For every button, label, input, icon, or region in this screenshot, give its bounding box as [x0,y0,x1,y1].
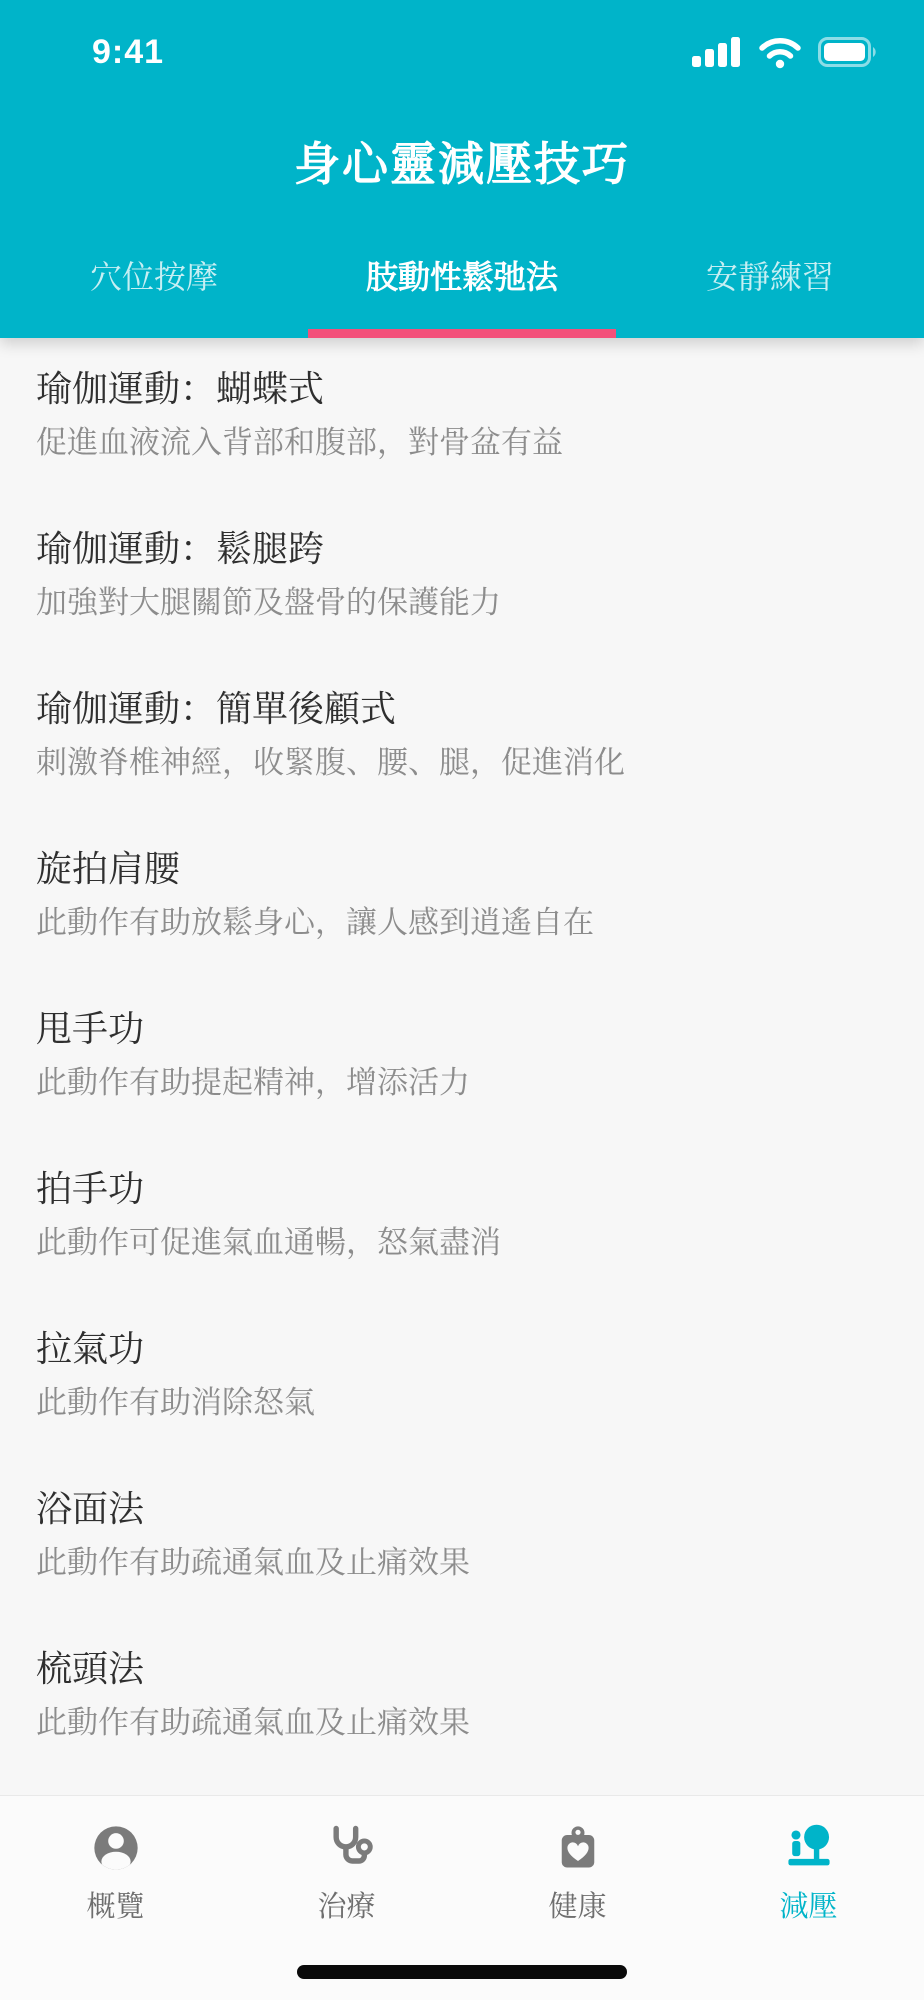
item-title: 梳頭法 [36,1645,888,1692]
item-description: 促進血液流入背部和腹部，對骨盆有益 [36,422,888,464]
tab-quiet-practice[interactable]: 安靜練習 [616,242,924,338]
item-description: 此動作有助消除怒氣 [36,1382,888,1424]
list-item[interactable]: 瑜伽運動：簡單後顧式 刺激脊椎神經，收緊腹、腰、腿，促進消化 [36,685,888,784]
list-item[interactable]: 瑜伽運動：蝴蝶式 促進血液流入背部和腹部，對骨盆有益 [36,365,888,464]
tab-dynamic-relaxation[interactable]: 肢動性鬆弛法 [308,242,616,338]
item-description: 此動作有助疏通氣血及止痛效果 [36,1542,888,1584]
list-item[interactable]: 梳頭法 此動作有助疏通氣血及止痛效果 [36,1645,888,1744]
active-tab-underline [308,329,616,338]
nav-item-overview[interactable]: 概覽 [0,1822,231,2000]
stethoscope-icon [321,1822,373,1874]
status-time: 9:41 [92,33,164,72]
list-item[interactable]: 拉氣功 此動作有助消除怒氣 [36,1325,888,1424]
nav-label: 減壓 [779,1884,837,1925]
item-title: 浴面法 [36,1485,888,1532]
page-title: 身心靈減壓技巧 [0,128,924,194]
person-tree-park-icon [783,1822,835,1874]
item-title: 瑜伽運動：鬆腿跨 [36,525,888,572]
cellular-signal-icon [690,35,742,69]
list-item[interactable]: 浴面法 此動作有助疏通氣血及止痛效果 [36,1485,888,1584]
item-description: 此動作有助放鬆身心，讓人感到逍遙自在 [36,902,888,944]
list-item[interactable]: 瑜伽運動：鬆腿跨 加強對大腿關節及盤骨的保護能力 [36,525,888,624]
item-description: 刺激脊椎神經，收緊腹、腰、腿，促進消化 [36,742,888,784]
item-description: 此動作有助疏通氣血及止痛效果 [36,1702,888,1744]
tab-label: 肢動性鬆弛法 [366,252,558,298]
app-header: 9:41 [0,0,924,338]
person-avatar-icon [90,1822,142,1874]
bottom-tab-bar: 概覽 治療 健康 [0,1795,924,2000]
status-icons [690,35,880,69]
list-item[interactable]: 甩手功 此動作有助提起精神，增添活力 [36,1005,888,1104]
item-title: 旋拍肩腰 [36,845,888,892]
item-description: 此動作可促進氣血通暢，怒氣盡消 [36,1222,888,1264]
status-bar: 9:41 [0,0,924,90]
segment-tabs: 穴位按摩 肢動性鬆弛法 安靜練習 [0,242,924,338]
nav-label: 概覽 [86,1884,144,1925]
item-title: 拍手功 [36,1165,888,1212]
battery-icon [818,37,880,67]
nav-label: 健康 [548,1884,606,1925]
app-screen: 9:41 [0,0,924,2000]
wifi-icon [756,35,804,69]
item-description: 此動作有助提起精神，增添活力 [36,1062,888,1104]
item-title: 拉氣功 [36,1325,888,1372]
item-description: 加強對大腿關節及盤骨的保護能力 [36,582,888,624]
tab-label: 安靜練習 [706,252,834,298]
home-indicator[interactable] [297,1965,627,1979]
health-badge-heart-icon [552,1822,604,1874]
item-title: 瑜伽運動：簡單後顧式 [36,685,888,732]
nav-label: 治療 [317,1884,375,1925]
item-title: 甩手功 [36,1005,888,1052]
nav-item-stress-relief[interactable]: 減壓 [693,1822,924,2000]
tab-acupoint-massage[interactable]: 穴位按摩 [0,242,308,338]
list-item[interactable]: 拍手功 此動作可促進氣血通暢，怒氣盡消 [36,1165,888,1264]
technique-list: 瑜伽運動：蝴蝶式 促進血液流入背部和腹部，對骨盆有益 瑜伽運動：鬆腿跨 加強對大… [0,338,924,1795]
item-title: 瑜伽運動：蝴蝶式 [36,365,888,412]
tab-label: 穴位按摩 [90,252,218,298]
list-item[interactable]: 旋拍肩腰 此動作有助放鬆身心，讓人感到逍遙自在 [36,845,888,944]
